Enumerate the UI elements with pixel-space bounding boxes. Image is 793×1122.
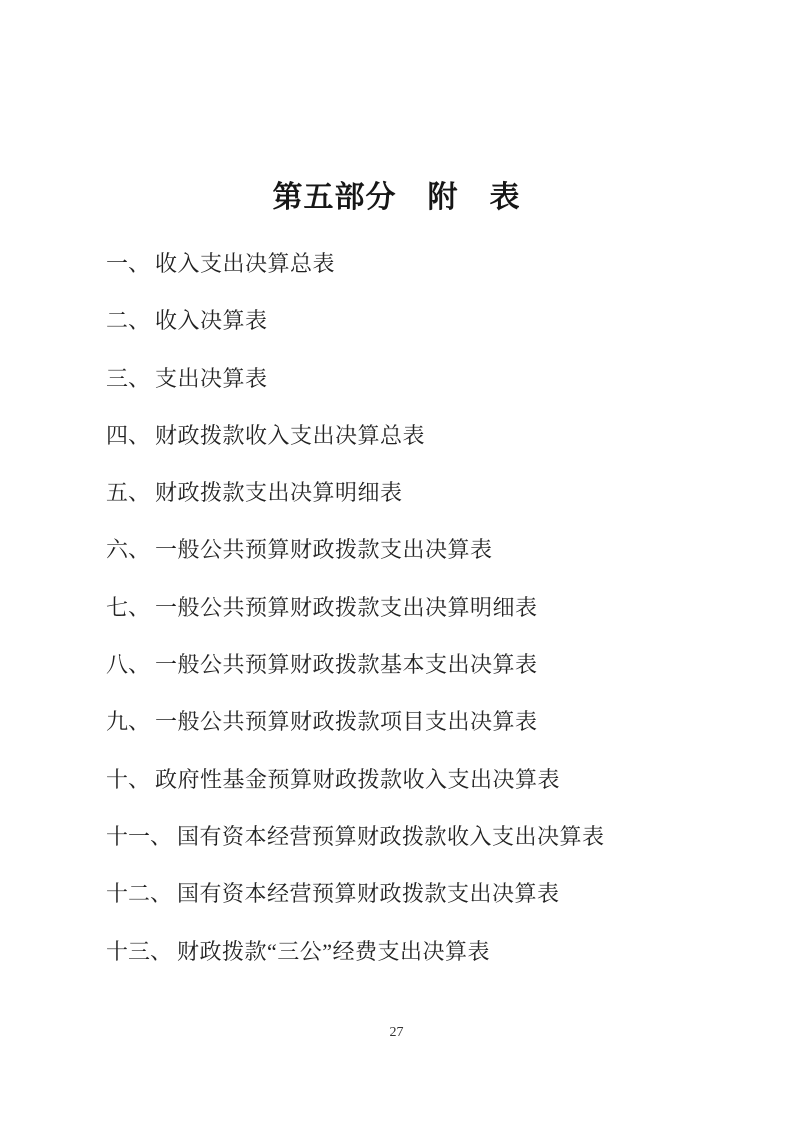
list-item: 八、一般公共预算财政拨款基本支出决算表 [106, 652, 723, 709]
list-item-number: 八、 [106, 652, 150, 678]
list-item-label: 一般公共预算财政拨款基本支出决算表 [155, 652, 538, 678]
list-item-label: 支出决算表 [155, 366, 268, 392]
list-item: 四、财政拨款收入支出决算总表 [106, 423, 723, 480]
list-item-label: 收入支出决算总表 [155, 251, 335, 277]
list-item-label: 财政拨款“三公”经费支出决算表 [177, 939, 490, 965]
list-item-number: 二、 [106, 308, 150, 334]
appendix-table-list: 一、收入支出决算总表 二、收入决算表 三、支出决算表 四、财政拨款收入支出决算总… [106, 251, 723, 996]
list-item: 一、收入支出决算总表 [106, 251, 723, 308]
list-item: 七、一般公共预算财政拨款支出决算明细表 [106, 595, 723, 652]
list-item-number: 三、 [106, 366, 150, 392]
list-item: 十一、国有资本经营预算财政拨款收入支出决算表 [106, 824, 723, 881]
list-item: 五、财政拨款支出决算明细表 [106, 480, 723, 537]
list-item-number: 十、 [106, 767, 150, 793]
list-item-number: 十三、 [106, 939, 172, 965]
list-item: 九、一般公共预算财政拨款项目支出决算表 [106, 709, 723, 766]
list-item: 三、支出决算表 [106, 366, 723, 423]
list-item-label: 一般公共预算财政拨款支出决算明细表 [155, 595, 538, 621]
list-item: 十、政府性基金预算财政拨款收入支出决算表 [106, 767, 723, 824]
document-page: 第五部分 附 表 一、收入支出决算总表 二、收入决算表 三、支出决算表 四、财政… [0, 0, 793, 1122]
list-item-number: 十一、 [106, 824, 172, 850]
list-item-number: 四、 [106, 423, 150, 449]
list-item: 六、一般公共预算财政拨款支出决算表 [106, 537, 723, 594]
list-item-number: 十二、 [106, 881, 172, 907]
list-item-number: 七、 [106, 595, 150, 621]
list-item-label: 收入决算表 [155, 308, 268, 334]
list-item-label: 国有资本经营预算财政拨款支出决算表 [177, 881, 560, 907]
list-item-label: 一般公共预算财政拨款项目支出决算表 [155, 709, 538, 735]
list-item-number: 九、 [106, 709, 150, 735]
list-item-label: 财政拨款收入支出决算总表 [155, 423, 425, 449]
list-item-label: 国有资本经营预算财政拨款收入支出决算表 [177, 824, 605, 850]
list-item-number: 一、 [106, 251, 150, 277]
page-title: 第五部分 附 表 [0, 181, 793, 215]
list-item-number: 五、 [106, 480, 150, 506]
list-item: 二、收入决算表 [106, 308, 723, 365]
list-item-number: 六、 [106, 537, 150, 563]
page-number: 27 [0, 1024, 793, 1042]
list-item: 十二、国有资本经营预算财政拨款支出决算表 [106, 881, 723, 938]
list-item: 十三、财政拨款“三公”经费支出决算表 [106, 939, 723, 996]
list-item-label: 一般公共预算财政拨款支出决算表 [155, 537, 493, 563]
list-item-label: 财政拨款支出决算明细表 [155, 480, 403, 506]
list-item-label: 政府性基金预算财政拨款收入支出决算表 [155, 767, 560, 793]
